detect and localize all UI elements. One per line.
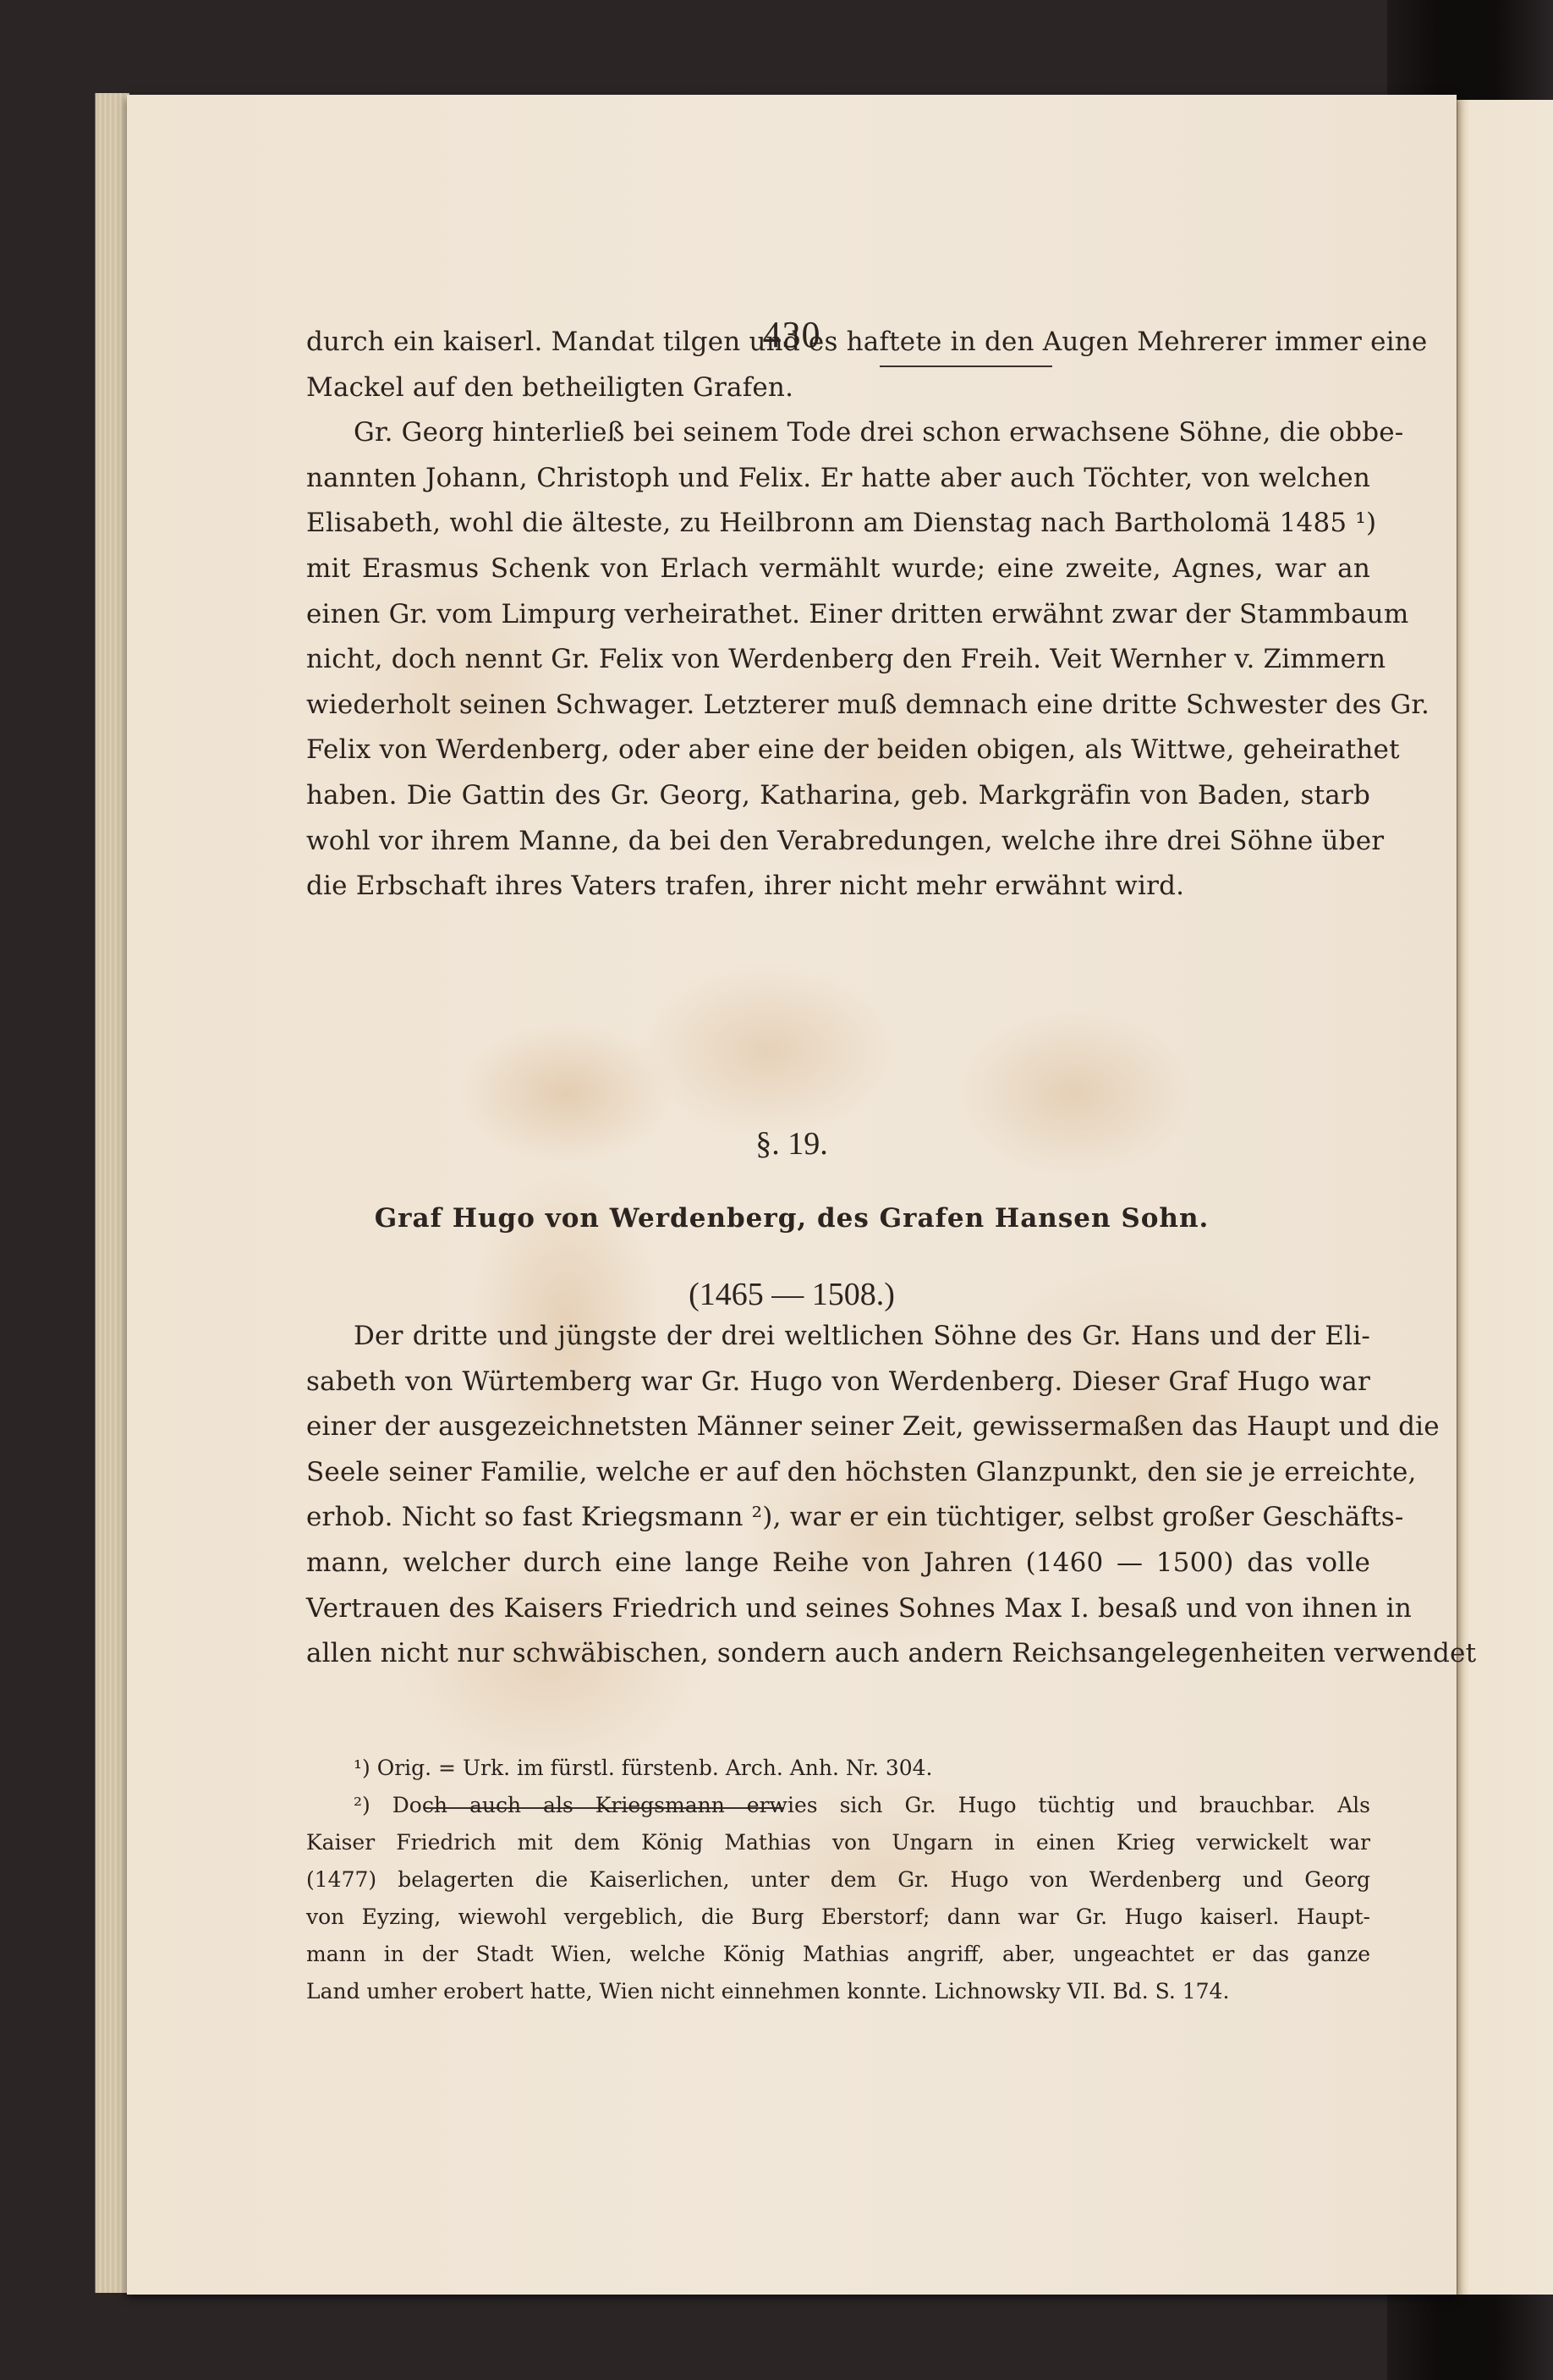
paragraph-line: erhob. Nicht so fast Kriegsmann ²), war …	[306, 1495, 1370, 1540]
paragraph-line: wiederholt seinen Schwager. Letzterer mu…	[306, 683, 1370, 728]
page-stack-edges	[95, 93, 129, 2293]
footnote-line: (1477) belagerten die Kaiserlichen, unte…	[306, 1861, 1370, 1899]
section-number: §. 19.	[127, 1125, 1457, 1163]
paragraph-line: Vertrauen des Kaisers Friedrich und sein…	[306, 1586, 1370, 1631]
paragraph-line: die Erbschaft ihres Vaters trafen, ihrer…	[306, 864, 1370, 909]
paragraph-line: einen Gr. vom Limpurg verheirathet. Eine…	[306, 592, 1370, 637]
book-page: 430 durch ein kaiserl. Mandat tilgen und…	[127, 95, 1457, 2295]
facing-page-edge	[1457, 100, 1553, 2295]
section-title: Graf Hugo von Werdenberg, des Grafen Han…	[127, 1203, 1457, 1234]
paragraph-line: sabeth von Würtemberg war Gr. Hugo von W…	[306, 1360, 1370, 1404]
paragraph-line: wohl vor ihrem Manne, da bei den Verabre…	[306, 819, 1370, 864]
paragraph-line: Mackel auf den betheiligten Grafen.	[306, 366, 1370, 410]
footnote-line: Land umher erobert hatte, Wien nicht ein…	[306, 1973, 1370, 2010]
paragraph-line: Felix von Werdenberg, oder aber eine der…	[306, 728, 1370, 772]
paragraph-line: Gr. Georg hinterließ bei seinem Tode dre…	[354, 410, 1370, 455]
footnote-line: mann in der Stadt Wien, welche König Mat…	[306, 1936, 1370, 1973]
paragraph-line: durch ein kaiserl. Mandat tilgen und es …	[306, 320, 1370, 365]
paragraph-line: Seele seiner Familie, welche er auf den …	[306, 1450, 1370, 1495]
paragraph-line: nicht, doch nennt Gr. Felix von Werdenbe…	[306, 637, 1370, 682]
paragraph-line: einer der ausgezeichnetsten Männer seine…	[306, 1404, 1370, 1449]
footnote-line: Kaiser Friedrich mit dem König Mathias v…	[306, 1824, 1370, 1861]
paragraph-line: Der dritte und jüngste der drei weltlich…	[354, 1314, 1370, 1359]
section-dates: (1465 — 1508.)	[127, 1276, 1457, 1313]
paragraph-line: Elisabeth, wohl die älteste, zu Heilbron…	[306, 501, 1370, 546]
paragraph-line: haben. Die Gattin des Gr. Georg, Kathari…	[306, 773, 1370, 818]
paragraph-line: allen nicht nur schwäbischen, sondern au…	[306, 1631, 1370, 1676]
paragraph-line: nannten Johann, Christoph und Felix. Er …	[306, 456, 1370, 501]
footnote-line: ¹) Orig. = Urk. im fürstl. fürstenb. Arc…	[354, 1750, 1370, 1787]
footnote-line: ²) Doch auch als Kriegsmann erwies sich …	[354, 1787, 1370, 1824]
footnote-line: von Eyzing, wiewohl vergeblich, die Burg…	[306, 1899, 1370, 1936]
paragraph-line: mann, welcher durch eine lange Reihe von…	[306, 1541, 1370, 1586]
paragraph-line: mit Erasmus Schenk von Erlach vermählt w…	[306, 547, 1370, 591]
